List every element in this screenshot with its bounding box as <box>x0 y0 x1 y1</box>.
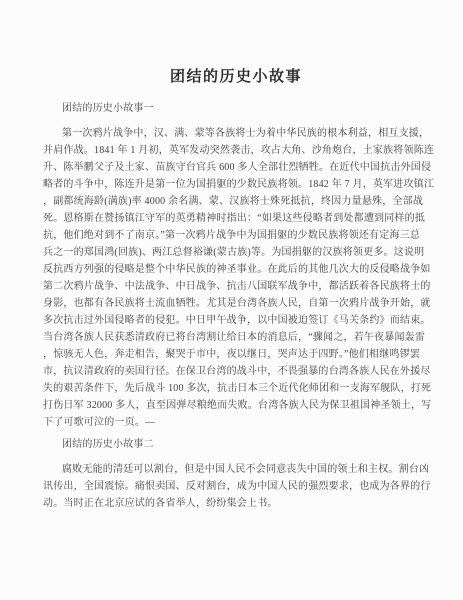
paragraph-line: 下了可歌可泣的一页。— <box>43 414 431 431</box>
paragraph-line: 动。当时正在北京应试的各省举人，纷纷集会上书。 <box>43 495 431 512</box>
section-one-heading: 团结的历史小故事一 <box>43 100 431 117</box>
paragraph-line: 死。恩格斯在赞扬镇江守军的英勇精神时指出：“如果这些侵略者到处都遭到同样的抵 <box>43 210 431 227</box>
paragraph-line: 第二次鸦片战争、中法战争、中日战争、抗击八国联军战争中，都活跃着各民族将士的 <box>43 278 431 295</box>
paragraph-line: 讯传出，全国震惊。痛恨卖国、反对割台，成为中国人民的强烈要求，也成为各界的行 <box>43 478 431 495</box>
paragraph-line: 反抗西方列强的侵略是整个中华民族的神圣事业。在此后的其他几次大的反侵略战争如 <box>43 261 431 278</box>
paragraph-line: 多次抗击过外国侵略者的侵犯。中日甲午战争，以中国被迫签订《马关条约》而结束。 <box>43 312 431 329</box>
section-one: 团结的历史小故事一 第一次鸦片战争中，汉、满、蒙等各族将士为着中华民族的根本利益… <box>43 100 431 431</box>
paragraph-line: 腐败无能的清廷可以割台，但是中国人民不会同意丧失中国的领土和主权。割台凶 <box>43 461 431 478</box>
paragraph-line: 身影，也都有各民族将士流血牺牲。尤其是台湾各族人民，自第一次鸦片战争开始，就 <box>43 295 431 312</box>
paragraph-line: 失的艰苦条件下，先后战斗 100 多次，抗击日本三个近代化师团和一支海军舰队，打… <box>43 380 431 397</box>
paragraph-line: 第一次鸦片战争中，汉、满、蒙等各族将士为着中华民族的根本利益，相互支援， <box>43 125 431 142</box>
paragraph-line: ，惊骇无人色，奔走相告，聚哭于市中，夜以继日，哭声达于四野。”他们相继鸣锣罢 <box>43 346 431 363</box>
paragraph-line: 抗，他们绝对到不了南京。”第一次鸦片战争中为国捐躯的少数民族将领还有定海三总 <box>43 227 431 244</box>
paragraph-line: 当台湾各族人民获悉清政府已将台湾割让给日本的消息后，“骤闻之，若午夜暴闻轰雷 <box>43 329 431 346</box>
section-two-heading: 团结的历史小故事二 <box>43 436 431 453</box>
paragraph-line: 略者的斗争中，陈连升是第一位为国捐躯的少数民族将领。1842 年 7 月，英军进… <box>43 176 431 193</box>
section-two: 团结的历史小故事二 腐败无能的清廷可以割台，但是中国人民不会同意丧失中国的领土和… <box>43 436 431 512</box>
document-title: 团结的历史小故事 <box>43 69 429 85</box>
paragraph-line: 打伤日军 32000 多人，直至因弹尽粮绝而失败。台湾各族人民为保卫祖国神圣领土… <box>43 397 431 414</box>
paragraph-line: 市，抗议清政府的卖国行径。在保卫台湾的战斗中，不畏强暴的台湾各族人民在外援尽 <box>43 363 431 380</box>
section-one-paragraph: 第一次鸦片战争中，汉、满、蒙等各族将士为着中华民族的根本利益，相互支援，并肩作战… <box>43 125 431 431</box>
paragraph-line: ，副都统海龄(满族)率 4000 余名满、蒙、汉族将士殊死抵抗，终因力量悬殊，全… <box>43 193 431 210</box>
paragraph-line: 兵之一的郑国鸿(回族)、两江总督裕谦(蒙古族)等。为国捐躯的汉族将领更多。这说明 <box>43 244 431 261</box>
paragraph-line: 升、陈举鹏父子及土家、苗族守台官兵 600 多人全部壮烈牺牲。在近代中国抗击外国… <box>43 159 431 176</box>
section-two-paragraph: 腐败无能的清廷可以割台，但是中国人民不会同意丧失中国的领土和主权。割台凶讯传出，… <box>43 461 431 512</box>
document-page: 团结的历史小故事 团结的历史小故事一 第一次鸦片战争中，汉、满、蒙等各族将士为着… <box>0 0 463 600</box>
paragraph-line: 并肩作战。1841 年 1 月初，英军发动突然袭击，攻占大角、沙角炮台，土家族将… <box>43 142 431 159</box>
